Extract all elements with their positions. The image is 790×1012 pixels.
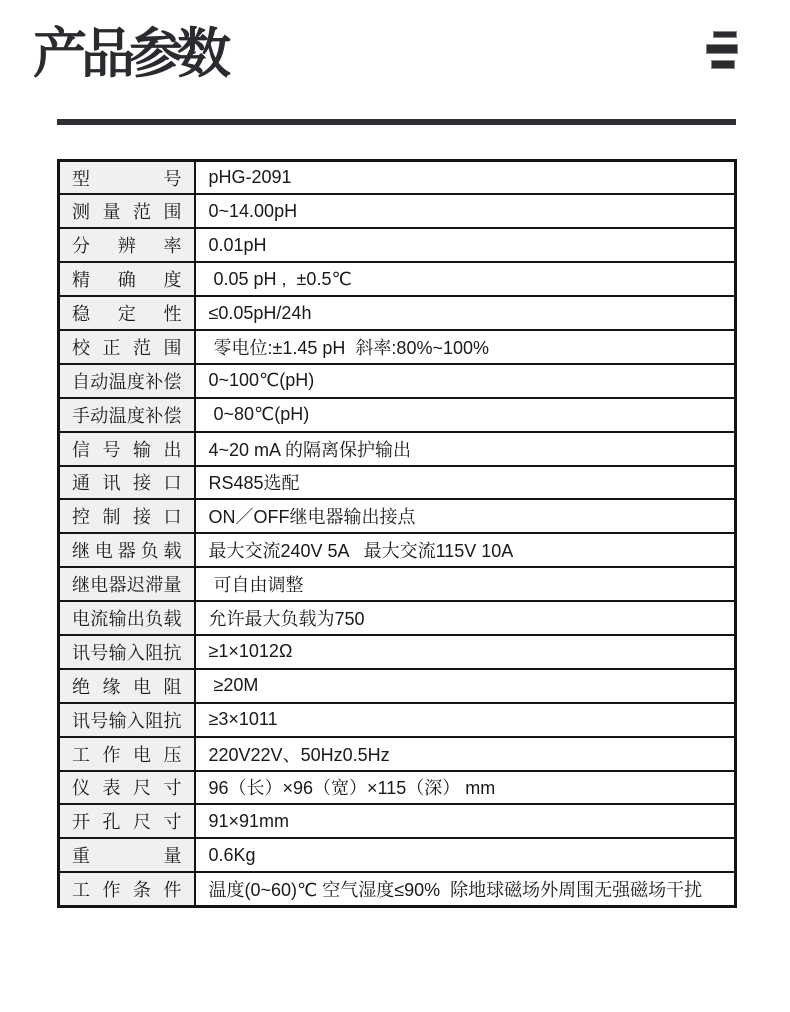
- spec-label-cell: 型号: [59, 161, 195, 195]
- menu-bar-middle: [706, 44, 738, 54]
- spec-label-cell: 电流输出负载: [59, 601, 195, 635]
- spec-label-cell: 测量范围: [59, 194, 195, 228]
- spec-value-cell: 0~14.00pH: [195, 194, 736, 228]
- table-row: 开孔尺寸 91×91mm: [59, 804, 736, 838]
- spec-value-cell: ≥3×1011: [195, 703, 736, 737]
- table-row: 继电器负载 最大交流240V 5A 最大交流115V 10A: [59, 533, 736, 567]
- spec-value-cell: 220V22V、50Hz0.5Hz: [195, 737, 736, 771]
- table-row: 自动温度补偿 0~100℃(pH): [59, 364, 736, 398]
- spec-label-cell: 校正范围: [59, 330, 195, 364]
- menu-bar-bottom: [711, 60, 735, 69]
- table-row: 绝缘电阻 ≥20M: [59, 669, 736, 703]
- spec-label-cell: 自动温度补偿: [59, 364, 195, 398]
- spec-label-cell: 精确度: [59, 262, 195, 296]
- spec-table: 型号 pHG-2091 测量范围 0~14.00pH 分辨率 0.01pH 精确…: [57, 159, 737, 908]
- spec-label-cell: 通讯接口: [59, 466, 195, 500]
- menu-bar-top: [713, 31, 737, 38]
- spec-value-cell: 91×91mm: [195, 804, 736, 838]
- spec-label-cell: 工作电压: [59, 737, 195, 771]
- spec-value-cell: 0.6Kg: [195, 838, 736, 872]
- table-row: 工作电压 220V22V、50Hz0.5Hz: [59, 737, 736, 771]
- table-row: 测量范围 0~14.00pH: [59, 194, 736, 228]
- spec-label-cell: 信号输出: [59, 432, 195, 466]
- spec-label-cell: 绝缘电阻: [59, 669, 195, 703]
- spec-label-cell: 继电器负载: [59, 533, 195, 567]
- table-row: 讯号输入阻抗 ≥3×1011: [59, 703, 736, 737]
- page-title: 产品参数: [33, 18, 225, 90]
- title-divider: [57, 119, 736, 125]
- spec-value-cell: 4~20 mA 的隔离保护输出: [195, 432, 736, 466]
- spec-value-cell: ≤0.05pH/24h: [195, 296, 736, 330]
- spec-value-cell: 0~100℃(pH): [195, 364, 736, 398]
- spec-value-cell: 96（长）×96（宽）×115（深） mm: [195, 771, 736, 805]
- spec-table-body: 型号 pHG-2091 测量范围 0~14.00pH 分辨率 0.01pH 精确…: [59, 161, 736, 907]
- product-parameters-page: 产品参数 型号 pHG-2091 测量范围 0~14.00pH 分辨率 0.01…: [0, 0, 790, 1012]
- spec-value-cell: pHG-2091: [195, 161, 736, 195]
- table-row: 校正范围 零电位:±1.45 pH 斜率:80%~100%: [59, 330, 736, 364]
- table-row: 稳定性 ≤0.05pH/24h: [59, 296, 736, 330]
- table-row: 仪表尺寸 96（长）×96（宽）×115（深） mm: [59, 771, 736, 805]
- table-row: 控制接口 ON／OFF继电器输出接点: [59, 499, 736, 533]
- spec-label-cell: 分辨率: [59, 228, 195, 262]
- table-row: 工作条件 温度(0~60)℃ 空气湿度≤90% 除地球磁场外周围无强磁场干扰: [59, 872, 736, 906]
- spec-value-cell: ≥20M: [195, 669, 736, 703]
- table-row: 讯号输入阻抗 ≥1×1012Ω: [59, 635, 736, 669]
- spec-value-cell: ON／OFF继电器输出接点: [195, 499, 736, 533]
- table-row: 精确度 0.05 pH , ±0.5℃: [59, 262, 736, 296]
- header: 产品参数: [0, 0, 790, 119]
- spec-label-cell: 继电器迟滞量: [59, 567, 195, 601]
- table-row: 分辨率 0.01pH: [59, 228, 736, 262]
- spec-value-cell: 0.05 pH , ±0.5℃: [195, 262, 736, 296]
- spec-value-cell: 0~80℃(pH): [195, 398, 736, 432]
- table-row: 电流输出负载 允许最大负载为750: [59, 601, 736, 635]
- spec-value-cell: 0.01pH: [195, 228, 736, 262]
- spec-label-cell: 工作条件: [59, 872, 195, 906]
- table-row: 通讯接口 RS485选配: [59, 466, 736, 500]
- table-row: 继电器迟滞量 可自由调整: [59, 567, 736, 601]
- spec-value-cell: RS485选配: [195, 466, 736, 500]
- spec-value-cell: 允许最大负载为750: [195, 601, 736, 635]
- table-row: 手动温度补偿 0~80℃(pH): [59, 398, 736, 432]
- spec-value-cell: 零电位:±1.45 pH 斜率:80%~100%: [195, 330, 736, 364]
- spec-label-cell: 仪表尺寸: [59, 771, 195, 805]
- spec-label-cell: 控制接口: [59, 499, 195, 533]
- table-row: 型号 pHG-2091: [59, 161, 736, 195]
- spec-label-cell: 讯号输入阻抗: [59, 635, 195, 669]
- table-row: 重量 0.6Kg: [59, 838, 736, 872]
- spec-value-cell: 最大交流240V 5A 最大交流115V 10A: [195, 533, 736, 567]
- spec-value-cell: ≥1×1012Ω: [195, 635, 736, 669]
- spec-label-cell: 开孔尺寸: [59, 804, 195, 838]
- spec-value-cell: 可自由调整: [195, 567, 736, 601]
- table-row: 信号输出 4~20 mA 的隔离保护输出: [59, 432, 736, 466]
- spec-label-cell: 重量: [59, 838, 195, 872]
- spec-label-cell: 稳定性: [59, 296, 195, 330]
- spec-value-cell: 温度(0~60)℃ 空气湿度≤90% 除地球磁场外周围无强磁场干扰: [195, 872, 736, 906]
- spec-label-cell: 手动温度补偿: [59, 398, 195, 432]
- menu-bars-icon: [706, 31, 738, 69]
- spec-label-cell: 讯号输入阻抗: [59, 703, 195, 737]
